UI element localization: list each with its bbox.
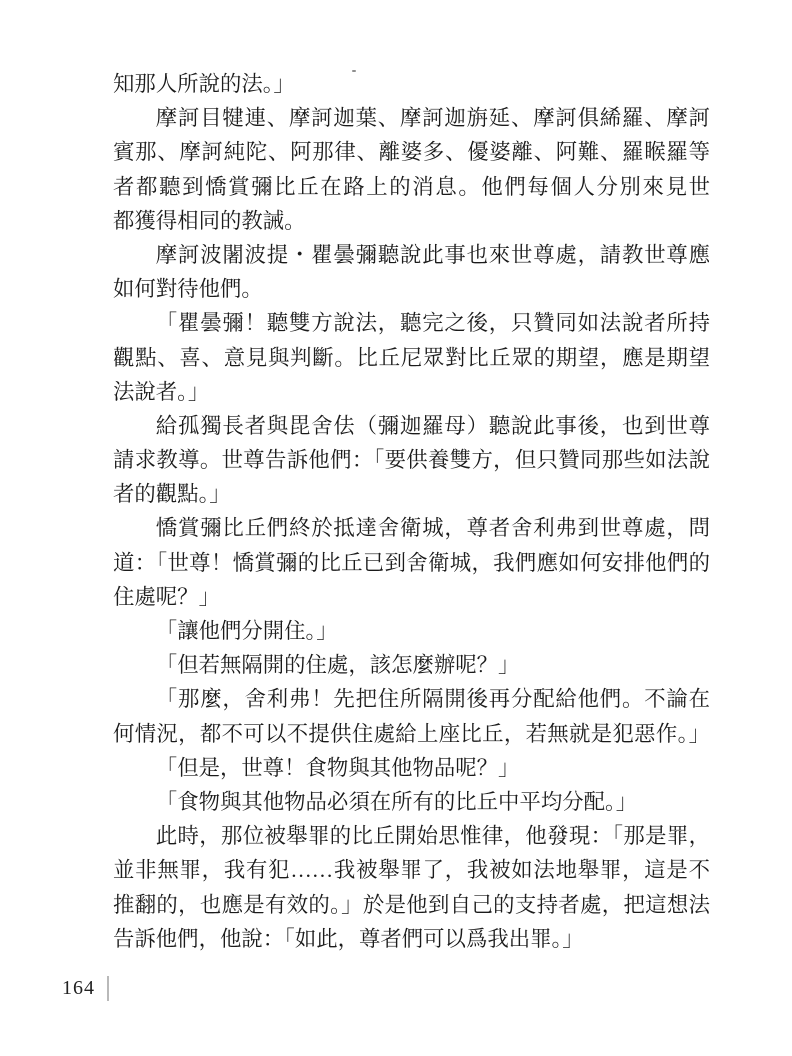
book-page: 知那人所說的法。」 摩訶目犍連、摩訶迦葉、摩訶迦旃延、摩訶俱絺羅、摩訶劫 賓那、… (0, 0, 792, 1056)
text-line: 「讓他們分開住。」 (113, 614, 710, 648)
text-line: 賓那、摩訶純陀、阿那律、離婆多、優婆離、阿難、羅睺羅等尊 (113, 135, 710, 169)
text-line: 住處呢？」 (113, 580, 710, 614)
text-line: 道：「世尊！憍賞彌的比丘已到舍衛城，我們應如何安排他們的 (113, 546, 710, 580)
text-line: 此時，那位被舉罪的比丘開始思惟律，他發現：「那是罪， (113, 819, 710, 853)
text-line: 「但是，世尊！食物與其他物品呢？」 (113, 751, 710, 785)
text-line: 如何對待他們。 (113, 272, 710, 306)
text-line: 知那人所說的法。」 (113, 67, 710, 101)
text-line: 憍賞彌比丘們終於抵達舍衛城，尊者舍利弗到世尊處，問 (113, 511, 710, 545)
page-footer: 164 (62, 974, 109, 1002)
body-text: 知那人所說的法。」 摩訶目犍連、摩訶迦葉、摩訶迦旃延、摩訶俱絺羅、摩訶劫 賓那、… (113, 67, 710, 956)
text-line: 觀點、喜、意見與判斷。比丘尼眾對比丘眾的期望，應是期望如 (113, 341, 710, 375)
text-line: 告訴他們，他說：「如此，尊者們可以爲我出罪。」 (113, 922, 710, 956)
text-line: 推翻的，也應是有效的。」於是他到自己的支持者處，把這想法 (113, 888, 710, 922)
text-line: 「瞿曇彌！聽雙方說法，聽完之後，只贊同如法說者所持的 (113, 306, 710, 340)
page-number: 164 (62, 977, 95, 1000)
text-line: 者的觀點。」 (113, 477, 710, 511)
text-line: 並非無罪，我有犯……我被舉罪了，我被如法地舉罪，這是不可 (113, 853, 710, 887)
text-line: 何情況，都不可以不提供住處給上座比丘，若無就是犯惡作。」 (113, 717, 710, 751)
text-line: 者都聽到憍賞彌比丘在路上的消息。他們每個人分別來見世尊， (113, 170, 710, 204)
scan-artifact-speck (352, 70, 356, 72)
text-line: 都獲得相同的教誡。 (113, 204, 710, 238)
text-line: 摩訶波闍波提・瞿曇彌聽說此事也來世尊處，請教世尊應當 (113, 238, 710, 272)
text-line: 請求教導。世尊告訴他們：「要供養雙方，但只贊同那些如法說 (113, 443, 710, 477)
text-line: 「食物與其他物品必須在所有的比丘中平均分配。」 (113, 785, 710, 819)
text-line: 給孤獨長者與毘舍佉（彌迦羅母）聽說此事後，也到世尊處 (113, 409, 710, 443)
text-line: 法說者。」 (113, 375, 710, 409)
text-line: 摩訶目犍連、摩訶迦葉、摩訶迦旃延、摩訶俱絺羅、摩訶劫 (113, 101, 710, 135)
folio-divider-bar (107, 976, 109, 1001)
text-line: 「那麼，舍利弗！先把住所隔開後再分配給他們。不論在任 (113, 682, 710, 716)
text-line: 「但若無隔開的住處，該怎麼辦呢？」 (113, 648, 710, 682)
